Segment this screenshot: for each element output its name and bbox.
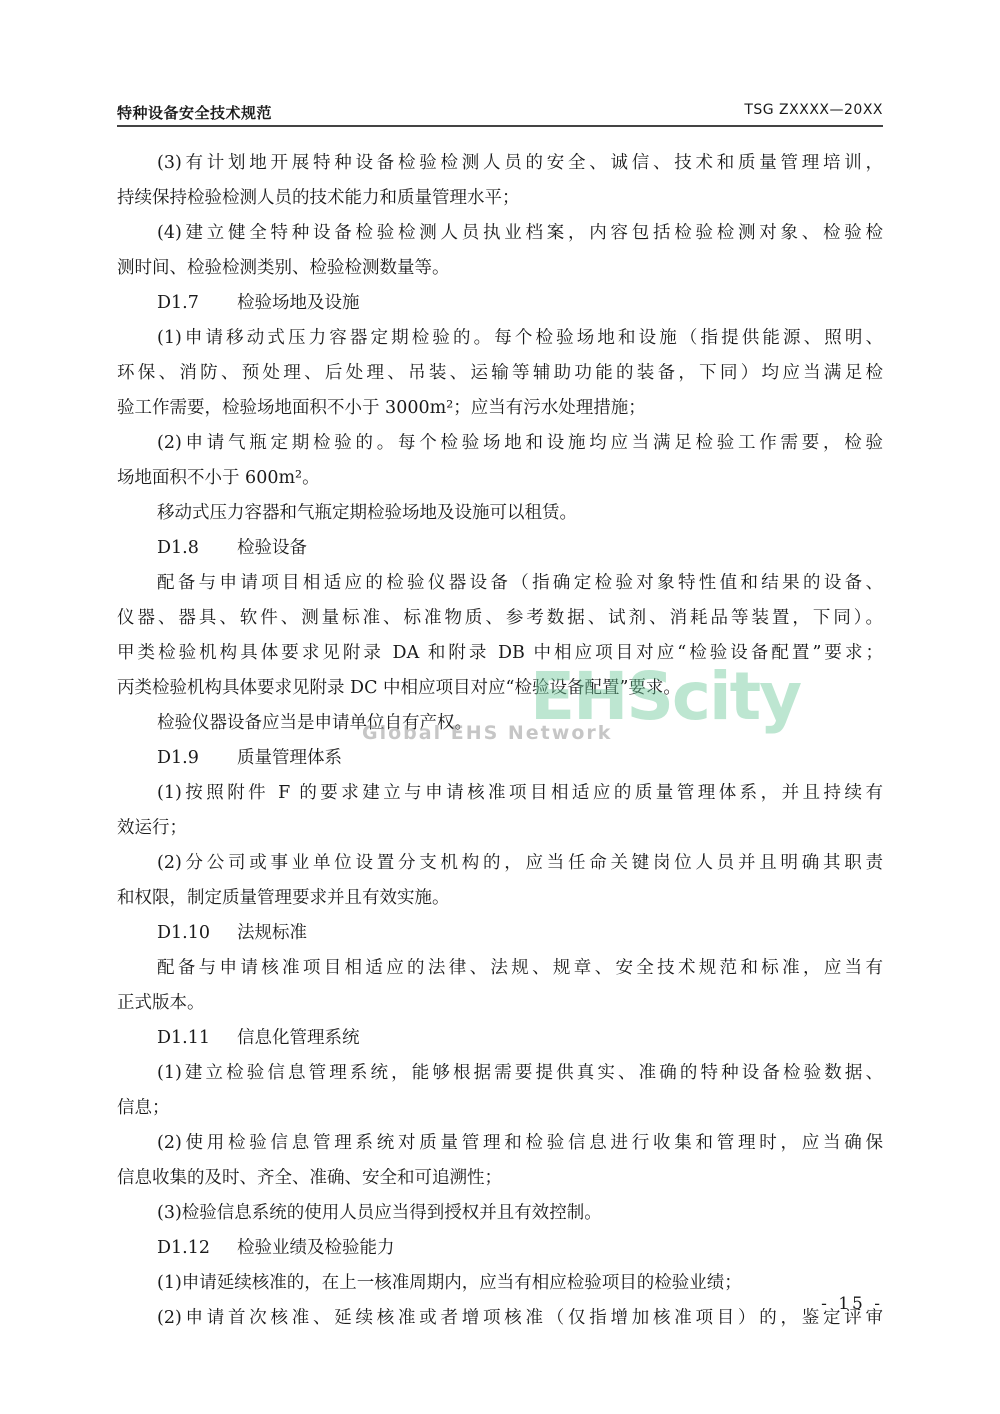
section-title: 法规标准 xyxy=(237,923,307,943)
paragraph-line: (3)检验信息系统的使用人员应当得到授权并且有效控制。 xyxy=(117,1196,883,1231)
section-heading: D1.7检验场地及设施 xyxy=(117,286,883,321)
header-rule xyxy=(117,125,883,127)
paragraph-line: 信息收集的及时、齐全、准确、安全和可追溯性； xyxy=(117,1161,883,1196)
document-body: (3)有计划地开展特种设备检验检测人员的安全、诚信、技术和质量管理培训，持续保持… xyxy=(117,146,883,1336)
section-heading: D1.9质量管理体系 xyxy=(117,741,883,776)
paragraph-line: (2)使用检验信息管理系统对质量管理和检验信息进行收集和管理时，应当确保 xyxy=(117,1126,883,1161)
running-header: 特种设备安全技术规范 TSG ZXXXX—20XX xyxy=(117,100,883,126)
header-code: TSG ZXXXX—20XX xyxy=(744,102,883,118)
paragraph-line: 信息； xyxy=(117,1091,883,1126)
section-title: 检验业绩及检验能力 xyxy=(237,1238,395,1258)
paragraph-line: (2)申请首次核准、延续核准或者增项核准（仅指增加核准项目）的，鉴定评审 xyxy=(117,1301,883,1336)
paragraph-line: (4)建立健全特种设备检验检测人员执业档案，内容包括检验检测对象、检验检 xyxy=(117,216,883,251)
section-heading: D1.10法规标准 xyxy=(117,916,883,951)
paragraph-line: 配备与申请项目相适应的检验仪器设备（指确定检验对象特性值和结果的设备、 xyxy=(117,566,883,601)
page-number: - 15 - xyxy=(821,1294,883,1314)
section-number: D1.8 xyxy=(157,531,237,566)
section-title: 信息化管理系统 xyxy=(237,1028,360,1048)
section-heading: D1.8检验设备 xyxy=(117,531,883,566)
paragraph-line: 丙类检验机构具体要求见附录 DC 中相应项目对应“检验设备配置”要求。 xyxy=(117,671,883,706)
paragraph-line: (2)分公司或事业单位设置分支机构的，应当任命关键岗位人员并且明确其职责 xyxy=(117,846,883,881)
paragraph-line: 测时间、检验检测类别、检验检测数量等。 xyxy=(117,251,883,286)
paragraph-line: 甲类检验机构具体要求见附录 DA 和附录 DB 中相应项目对应“检验设备配置”要… xyxy=(117,636,883,671)
section-heading: D1.12检验业绩及检验能力 xyxy=(117,1231,883,1266)
section-heading: D1.11信息化管理系统 xyxy=(117,1021,883,1056)
section-number: D1.7 xyxy=(157,286,237,321)
paragraph-line: 效运行； xyxy=(117,811,883,846)
section-number: D1.12 xyxy=(157,1231,237,1266)
paragraph-line: 场地面积不小于 600m²。 xyxy=(117,461,883,496)
paragraph-line: (2)申请气瓶定期检验的。每个检验场地和设施均应当满足检验工作需要，检验 xyxy=(117,426,883,461)
section-title: 检验设备 xyxy=(237,538,307,558)
paragraph-line: 检验仪器设备应当是申请单位自有产权。 xyxy=(117,706,883,741)
paragraph-line: 和权限，制定质量管理要求并且有效实施。 xyxy=(117,881,883,916)
paragraph-line: 持续保持检验检测人员的技术能力和质量管理水平； xyxy=(117,181,883,216)
paragraph-line: 验工作需要，检验场地面积不小于 3000m²；应当有污水处理措施； xyxy=(117,391,883,426)
paragraph-line: 正式版本。 xyxy=(117,986,883,1021)
paragraph-line: 环保、消防、预处理、后处理、吊装、运输等辅助功能的装备，下同）均应当满足检 xyxy=(117,356,883,391)
paragraph-line: 仪器、器具、软件、测量标准、标准物质、参考数据、试剂、消耗品等装置，下同）。 xyxy=(117,601,883,636)
section-number: D1.10 xyxy=(157,916,237,951)
section-title: 质量管理体系 xyxy=(237,748,342,768)
header-title: 特种设备安全技术规范 xyxy=(117,102,272,123)
paragraph-line: (1)按照附件 F 的要求建立与申请核准项目相适应的质量管理体系，并且持续有 xyxy=(117,776,883,811)
section-title: 检验场地及设施 xyxy=(237,293,360,313)
paragraph-line: (1)申请移动式压力容器定期检验的。每个检验场地和设施（指提供能源、照明、 xyxy=(117,321,883,356)
paragraph-line: 移动式压力容器和气瓶定期检验场地及设施可以租赁。 xyxy=(117,496,883,531)
paragraph-line: 配备与申请核准项目相适应的法律、法规、规章、安全技术规范和标准，应当有 xyxy=(117,951,883,986)
section-number: D1.11 xyxy=(157,1021,237,1056)
paragraph-line: (1)建立检验信息管理系统，能够根据需要提供真实、准确的特种设备检验数据、 xyxy=(117,1056,883,1091)
section-number: D1.9 xyxy=(157,741,237,776)
paragraph-line: (1)申请延续核准的，在上一核准周期内，应当有相应检验项目的检验业绩； xyxy=(117,1266,883,1301)
paragraph-line: (3)有计划地开展特种设备检验检测人员的安全、诚信、技术和质量管理培训， xyxy=(117,146,883,181)
